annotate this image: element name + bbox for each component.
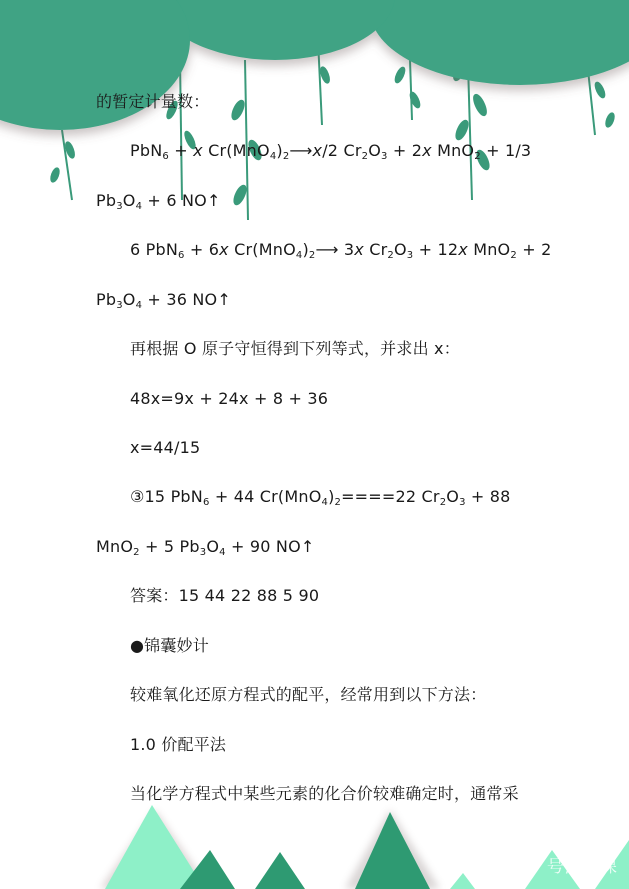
equation-line: x=44/15 xyxy=(130,438,200,458)
text-line: 当化学方程式中某些元素的化合价较难确定时，通常采 xyxy=(130,784,519,804)
text-line: 再根据 O 原子守恒得到下列等式，并求出 x： xyxy=(130,339,460,359)
text-line: 的暂定计量数： xyxy=(96,92,209,112)
equation-line: Pb3O4 + 6 NO↑ xyxy=(96,191,221,211)
equation-line: 48x=9x + 24x + 8 + 36 xyxy=(130,389,328,409)
equation-line: PbN6 + x Cr(MnO4)2⟶x/2 Cr2O3 + 2x MnO2 +… xyxy=(130,141,531,161)
subsection-heading: 1.0 价配平法 xyxy=(130,735,226,755)
canopy-icon xyxy=(0,0,629,130)
text-line: 较难氧化还原方程式的配平，经常用到以下方法： xyxy=(130,685,486,705)
section-heading: ●锦囊妙计 xyxy=(130,636,209,656)
answer-line: 答案：15 44 22 88 5 90 xyxy=(130,586,319,606)
watermark: 号/课 课 xyxy=(547,852,619,877)
decorative-background xyxy=(0,0,629,889)
equation-line: 6 PbN6 + 6x Cr(MnO4)2⟶ 3x Cr2O3 + 12x Mn… xyxy=(130,240,551,260)
equation-line: MnO2 + 5 Pb3O4 + 90 NO↑ xyxy=(96,537,314,557)
equation-line: Pb3O4 + 36 NO↑ xyxy=(96,290,231,310)
equation-line: ③15 PbN6 + 44 Cr(MnO4)2====22 Cr2O3 + 88 xyxy=(130,487,511,507)
